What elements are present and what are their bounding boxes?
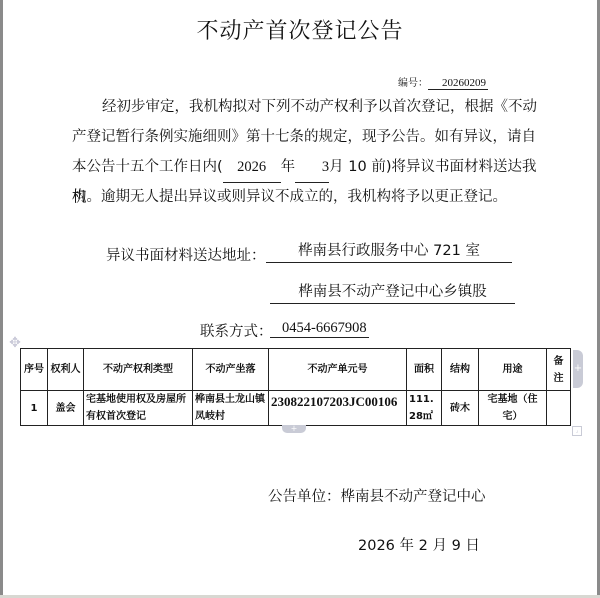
cell-seq[interactable]: 1 (21, 391, 48, 426)
add-row-button[interactable]: + (282, 425, 306, 433)
objection-address-label: 异议书面材料送达地址： (106, 244, 266, 265)
deadline-year: 2026 (223, 152, 281, 183)
year-char: 年 (281, 159, 296, 175)
table-resize-handle-icon[interactable]: ⌟ (572, 426, 582, 436)
document-title: 不动产首次登记公告 (0, 14, 600, 45)
registration-table: 序号 权利人 不动产权利类型 不动产坐落 不动产单元号 面积 结构 用途 备注 … (20, 348, 571, 426)
cell-owner: 盖会 (48, 391, 84, 426)
header-area: 面积 (407, 349, 442, 391)
objection-address-line-1: 桦南县行政服务中心 721 室 (266, 240, 512, 263)
objection-address-line-2: 桦南县不动产登记中心乡镇股 (270, 281, 515, 304)
body-line-2: 产登记暂行条例实施细则》第十七条的规定，现予公告。如有异议，请自 (72, 122, 542, 152)
add-column-button[interactable]: + (573, 350, 583, 388)
announcement-date: 2026 年 2 月 9 日 (358, 534, 480, 555)
cell-unit-number: 230822107203JC00106 (269, 391, 407, 426)
header-usage: 用途 (479, 349, 547, 391)
cell-right-type: 宅基地使用权及房屋所有权首次登记 (84, 391, 193, 426)
contact-label: 联系方式： (200, 320, 273, 341)
announcing-unit: 公告单位：桦南县不动产登记中心 (268, 485, 486, 506)
body-line-4: 构。逾期无人提出异议或则异议不成立的，我机构将予以更正登记。 (72, 182, 542, 212)
header-right-type: 不动产权利类型 (84, 349, 193, 391)
cell-usage: 宅基地（住宅） (479, 391, 547, 426)
header-unit-number: 不动产单元号 (269, 349, 407, 391)
header-remarks: 备注 (547, 349, 571, 391)
contact-phone: 0454-6667908 (270, 320, 369, 338)
announcing-unit-label: 公告单位： (268, 489, 341, 505)
cell-remarks (547, 391, 571, 426)
window-left-border (0, 0, 3, 598)
header-location: 不动产坐落 (193, 349, 269, 391)
cell-structure: 砖木 (442, 391, 479, 426)
header-structure: 结构 (442, 349, 479, 391)
document-number-label: 编号： (398, 78, 428, 89)
announcing-unit-name: 桦南县不动产登记中心 (341, 489, 486, 505)
body-line-3-prefix: 本公告十五个工作日内( (72, 159, 223, 175)
document-number-value: 20260209 (428, 77, 488, 90)
cell-location: 桦南县土龙山镇凤岐村 (193, 391, 269, 426)
header-owner: 权利人 (48, 349, 84, 391)
body-line-1: 经初步审定，我机构拟对下列不动产权利予以首次登记，根据《不动 (72, 92, 542, 122)
deadline-month: 3 (295, 152, 329, 183)
header-seq: 序号 (21, 349, 48, 391)
cell-area: 111.28㎡ (407, 391, 442, 426)
table-row: 1 盖会 宅基地使用权及房屋所有权首次登记 桦南县土龙山镇凤岐村 2308221… (21, 391, 571, 426)
table-header-row: 序号 权利人 不动产权利类型 不动产坐落 不动产单元号 面积 结构 用途 备注 (21, 349, 571, 391)
document-number: 编号：20260209 (398, 74, 488, 90)
